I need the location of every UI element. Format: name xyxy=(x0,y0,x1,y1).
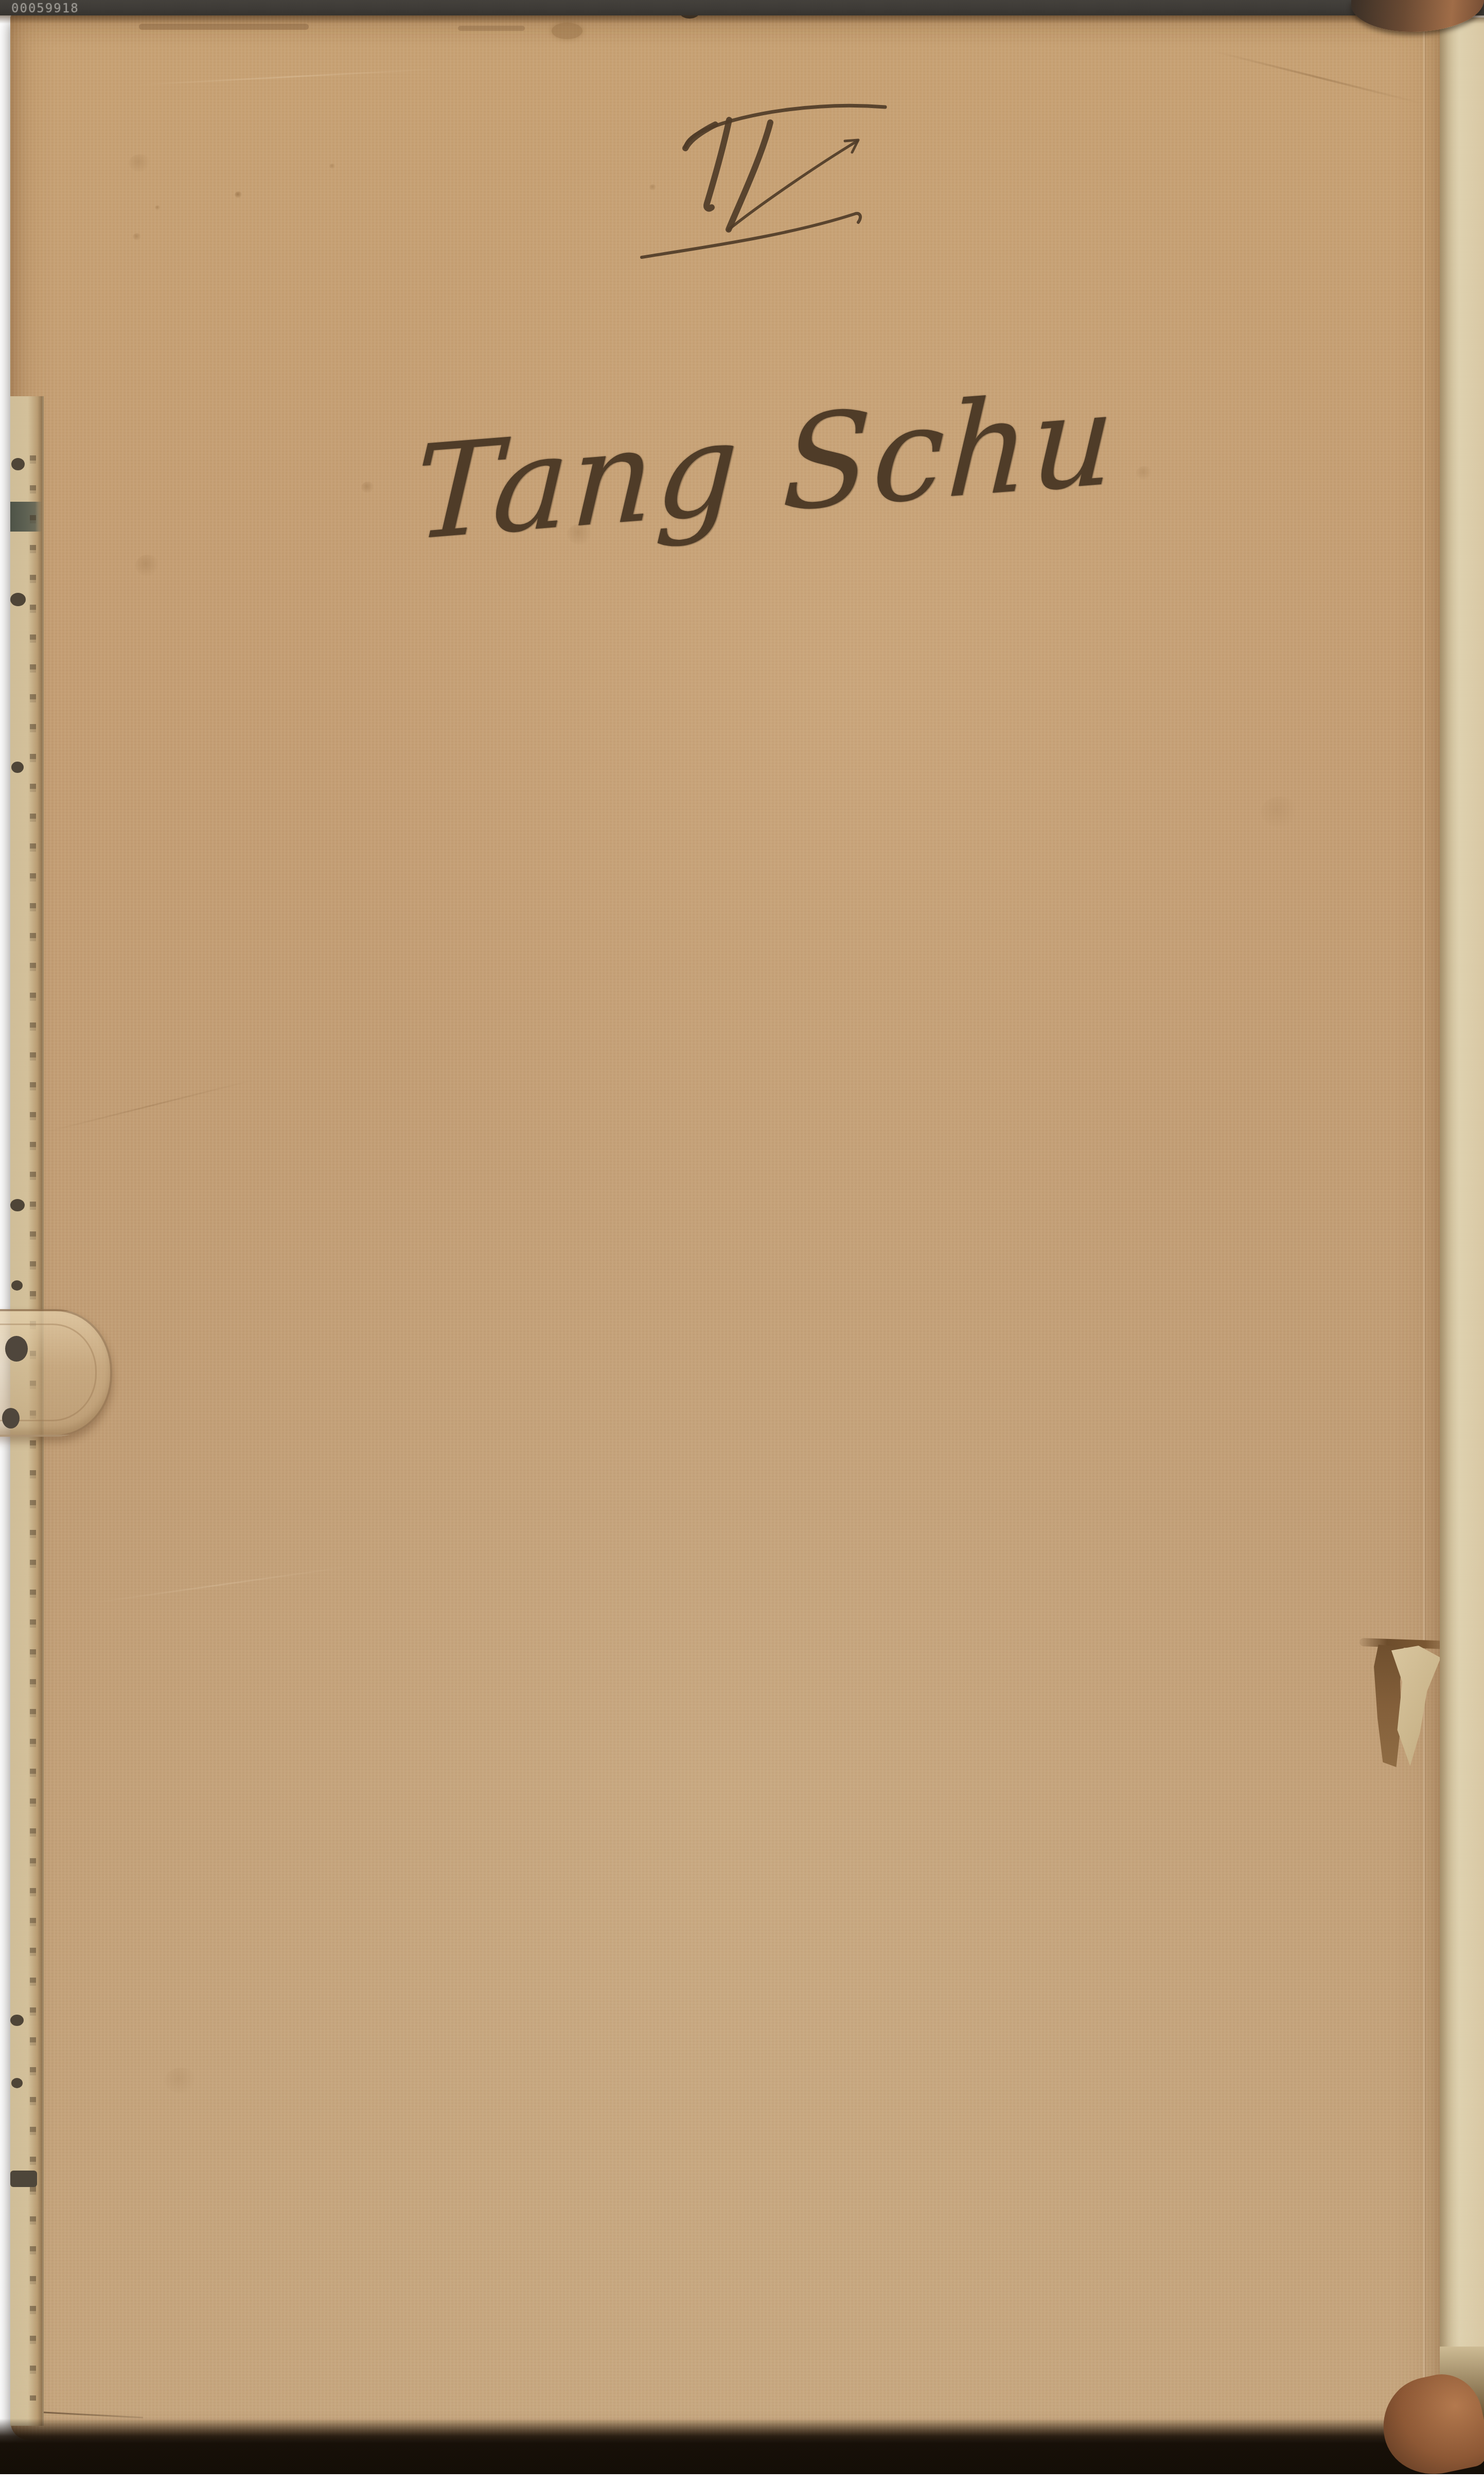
plate-id-label: 00059918 xyxy=(11,2,79,15)
scanner-bed-bottom xyxy=(0,2419,1484,2474)
stain xyxy=(235,191,242,198)
clip-shadow-mark xyxy=(2,1408,20,1429)
stain xyxy=(129,154,151,172)
numeral-stroke xyxy=(685,125,715,148)
underlay-print-band xyxy=(10,2171,37,2187)
stain xyxy=(329,164,335,169)
book-page: Tang Schu xyxy=(10,14,1441,2440)
underlay-ink-mark xyxy=(11,762,24,773)
smudge-mark xyxy=(139,24,309,30)
underlay-ink-mark xyxy=(11,1280,23,1291)
stain xyxy=(133,233,142,240)
underlay-ink-mark xyxy=(11,458,25,470)
scanner-bed-shadow xyxy=(0,15,1484,24)
scanner-bed-top xyxy=(0,0,1484,15)
underlay-ink-mark xyxy=(10,2015,24,2026)
stain xyxy=(1261,797,1299,827)
underlay-ink-mark xyxy=(10,593,26,606)
underlay-ink-mark xyxy=(10,1199,25,1211)
page-clip xyxy=(0,1309,112,1437)
smudge-mark xyxy=(458,26,525,31)
adjacent-page-edge xyxy=(1440,17,1484,2364)
book-scan: 00059918 xyxy=(0,0,1484,2486)
smudge-mark xyxy=(552,23,582,39)
stain xyxy=(155,205,161,210)
page-crease xyxy=(1423,20,1426,2428)
numeral-underline xyxy=(642,214,860,257)
stain xyxy=(361,482,375,493)
tear-lip xyxy=(1359,1638,1451,1649)
stain xyxy=(135,555,160,576)
clip-shadow-mark xyxy=(5,1336,28,1362)
handwritten-numeral xyxy=(633,98,900,273)
numeral-stroke xyxy=(706,120,729,208)
underlay-print-band xyxy=(10,502,42,532)
underlay-ink-mark xyxy=(11,2078,23,2088)
stain xyxy=(165,2068,198,2093)
